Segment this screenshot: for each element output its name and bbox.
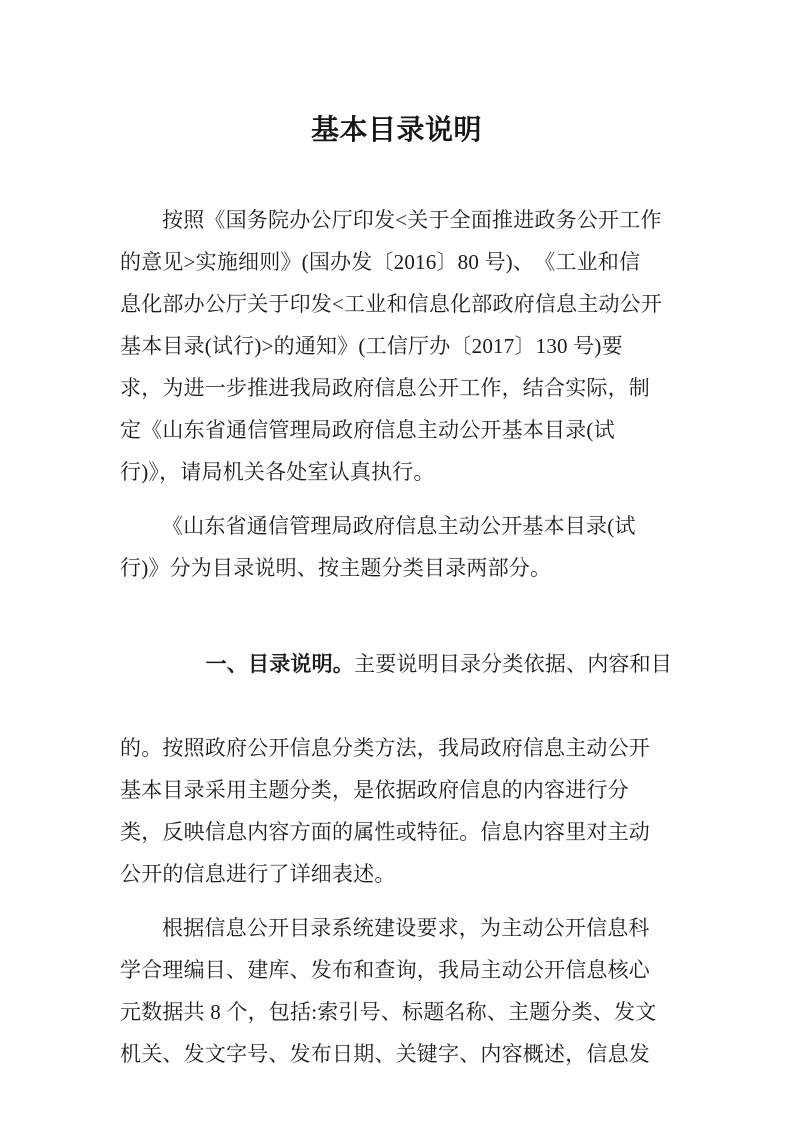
text-line: 根据信息公开目录系统建设要求，为主动公开信息科	[120, 907, 673, 949]
text-line: 基本目录(试行)>的通知》(工信厅办〔2017〕130 号)要	[120, 325, 673, 367]
text-line: 类，反映信息内容方面的属性或特征。信息内容里对主动	[120, 811, 673, 853]
paragraph-metadata: 根据信息公开目录系统建设要求，为主动公开信息科 学合理编目、建库、发布和查询，我…	[120, 907, 673, 1075]
text-line: 按照《国务院办公厅印发<关于全面推进政务公开工作	[120, 199, 673, 241]
text-line: 《山东省通信管理局政府信息主动公开基本目录(试	[120, 505, 673, 547]
section-heading-rest: 主要说明目录分类依据、内容和目	[354, 652, 672, 676]
text-line: 一、目录说明。主要说明目录分类依据、内容和目	[120, 601, 673, 727]
section-heading: 一、目录说明。	[206, 652, 354, 676]
text-line: 公开的信息进行了详细表述。	[120, 853, 673, 895]
document-page: 基本目录说明 按照《国务院办公厅印发<关于全面推进政务公开工作 的意见>实施细则…	[0, 0, 793, 1122]
text-line: 机关、发文字号、发布日期、关键字、内容概述，信息发	[120, 1033, 673, 1075]
text-line: 息化部办公厅关于印发<工业和信息化部政府信息主动公开	[120, 283, 673, 325]
text-line: 行)》分为目录说明、按主题分类目录两部分。	[120, 547, 673, 589]
text-line: 求，为进一步推进我局政府信息公开工作，结合实际，制	[120, 367, 673, 409]
text-line: 行)》，请局机关各处室认真执行。	[120, 451, 673, 493]
text-line: 的意见>实施细则》(国办发〔2016〕80 号)、 《工业和信	[120, 241, 673, 283]
page-title: 基本目录说明	[120, 110, 673, 150]
paragraph-basis: 按照《国务院办公厅印发<关于全面推进政务公开工作 的意见>实施细则》(国办发〔2…	[120, 199, 673, 493]
text-line: 定《山东省通信管理局政府信息主动公开基本目录(试	[120, 409, 673, 451]
text-line: 基本目录采用主题分类，是依据政府信息的内容进行分	[120, 769, 673, 811]
paragraph-catalog-description: 一、目录说明。主要说明目录分类依据、内容和目 的。按照政府公开信息分类方法，我局…	[120, 601, 673, 895]
text-line: 元数据共 8 个，包括:索引号、标题名称、主题分类、发文	[120, 991, 673, 1033]
paragraph-structure: 《山东省通信管理局政府信息主动公开基本目录(试 行)》分为目录说明、按主题分类目…	[120, 505, 673, 589]
document-body: 基本目录说明 按照《国务院办公厅印发<关于全面推进政务公开工作 的意见>实施细则…	[120, 110, 673, 1075]
text-line: 学合理编目、建库、发布和查询，我局主动公开信息核心	[120, 949, 673, 991]
text-line: 的。按照政府公开信息分类方法，我局政府信息主动公开	[120, 727, 673, 769]
